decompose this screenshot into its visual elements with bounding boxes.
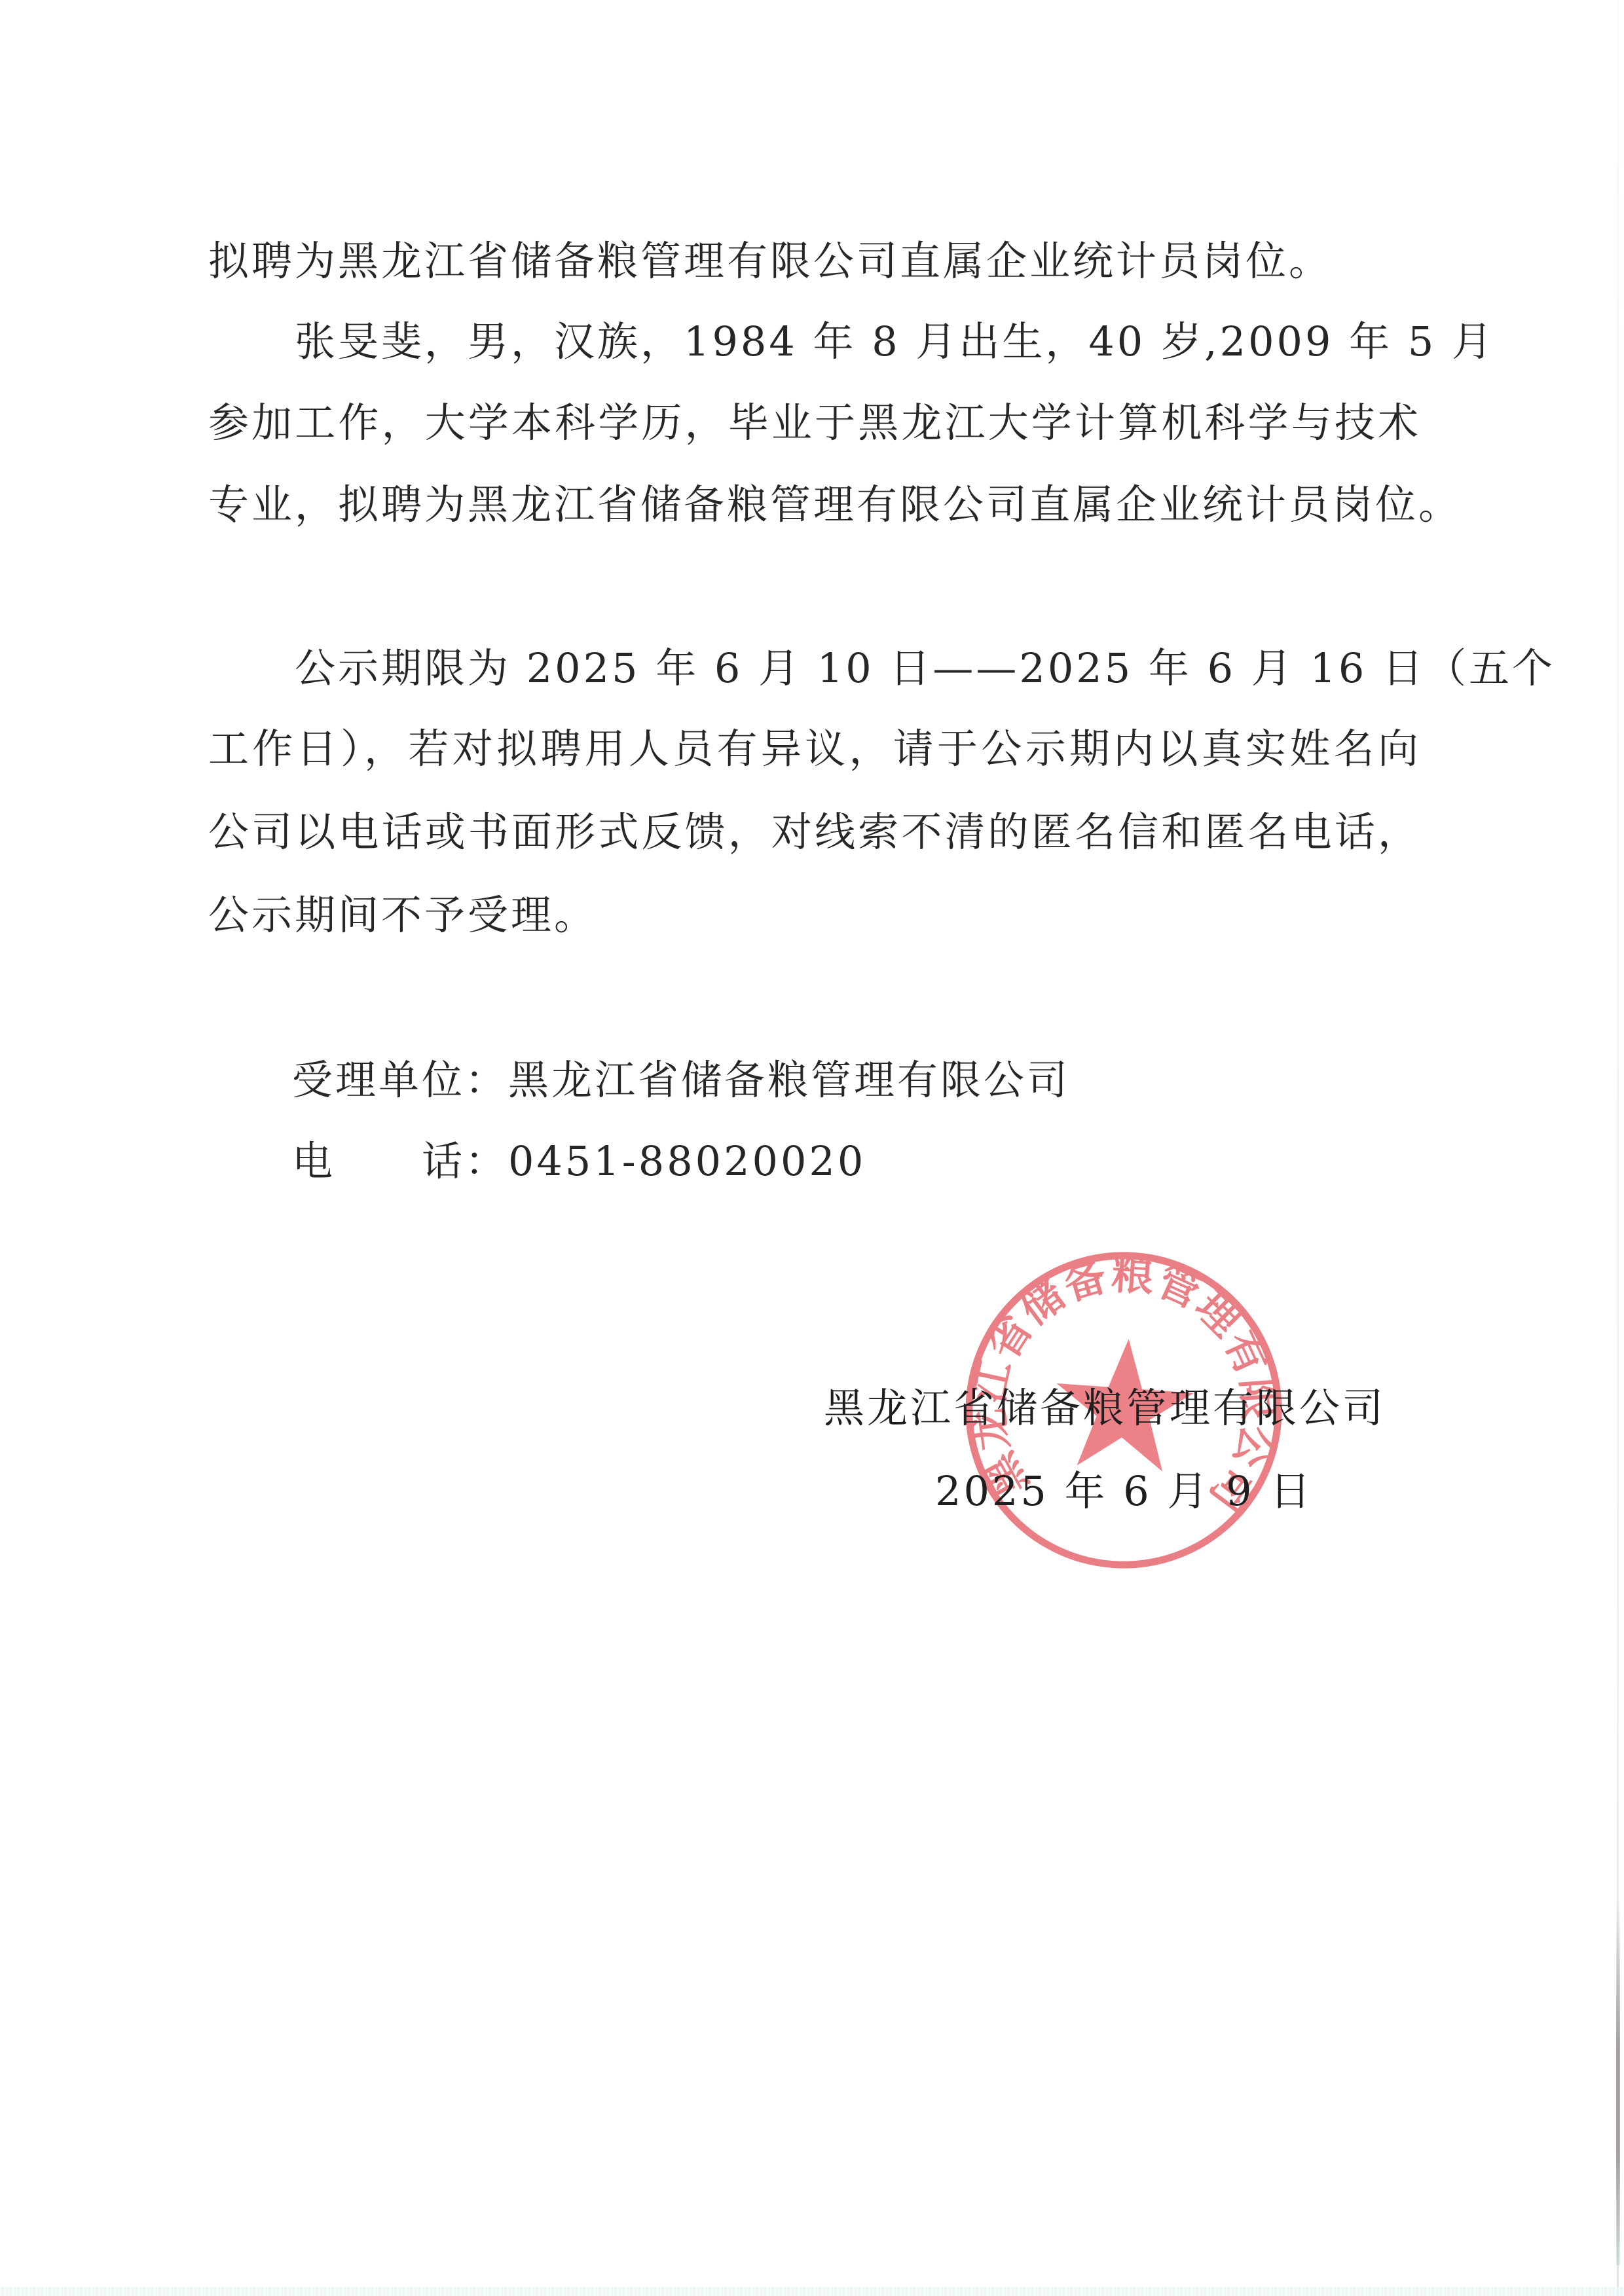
paragraph-3-line-2: 工作日），若对拟聘用人员有异议，请于公示期内以真实姓名向 [208, 708, 1421, 790]
contact-unit-value: 黑龙江省储备粮管理有限公司 [508, 1056, 1070, 1104]
signature-date: 2025 年 6 月 9 日 [935, 1450, 1313, 1532]
contact-phone-value: 0451-88020020 [508, 1137, 866, 1185]
paragraph-3-line-1: 公示期限为 2025 年 6 月 10 日——2025 年 6 月 16 日（五… [295, 627, 1421, 709]
contact-unit-row: 受理单位：黑龙江省储备粮管理有限公司 [292, 1039, 1070, 1121]
scan-bottom-artifact [0, 2287, 1624, 2296]
paragraph-2-line-1: 张旻斐，男，汉族，1984 年 8 月出生，40 岁,2009 年 5 月 [295, 301, 1421, 382]
paragraph-1-line-1: 拟聘为黑龙江省储备粮管理有限公司直属企业统计员岗位。 [208, 220, 1421, 302]
document-page: 拟聘为黑龙江省储备粮管理有限公司直属企业统计员岗位。 张旻斐，男，汉族，1984… [0, 0, 1624, 2296]
signature-organization: 黑龙江省储备粮管理有限公司 [824, 1367, 1386, 1449]
paragraph-3-line-4: 公示期间不予受理。 [208, 874, 1421, 956]
contact-unit-label: 受理单位： [292, 1056, 508, 1104]
paragraph-2-line-3: 专业，拟聘为黑龙江省储备粮管理有限公司直属企业统计员岗位。 [208, 464, 1421, 545]
paragraph-3-line-3: 公司以电话或书面形式反馈，对线索不清的匿名信和匿名电话， [208, 791, 1421, 873]
scan-shadow-artifact [1616, 1899, 1620, 2265]
paragraph-2-line-2: 参加工作，大学本科学历，毕业于黑龙江大学计算机科学与技术 [208, 382, 1421, 464]
contact-phone-row: 电 话：0451-88020020 [292, 1120, 866, 1202]
contact-phone-label: 电 话： [292, 1137, 508, 1185]
